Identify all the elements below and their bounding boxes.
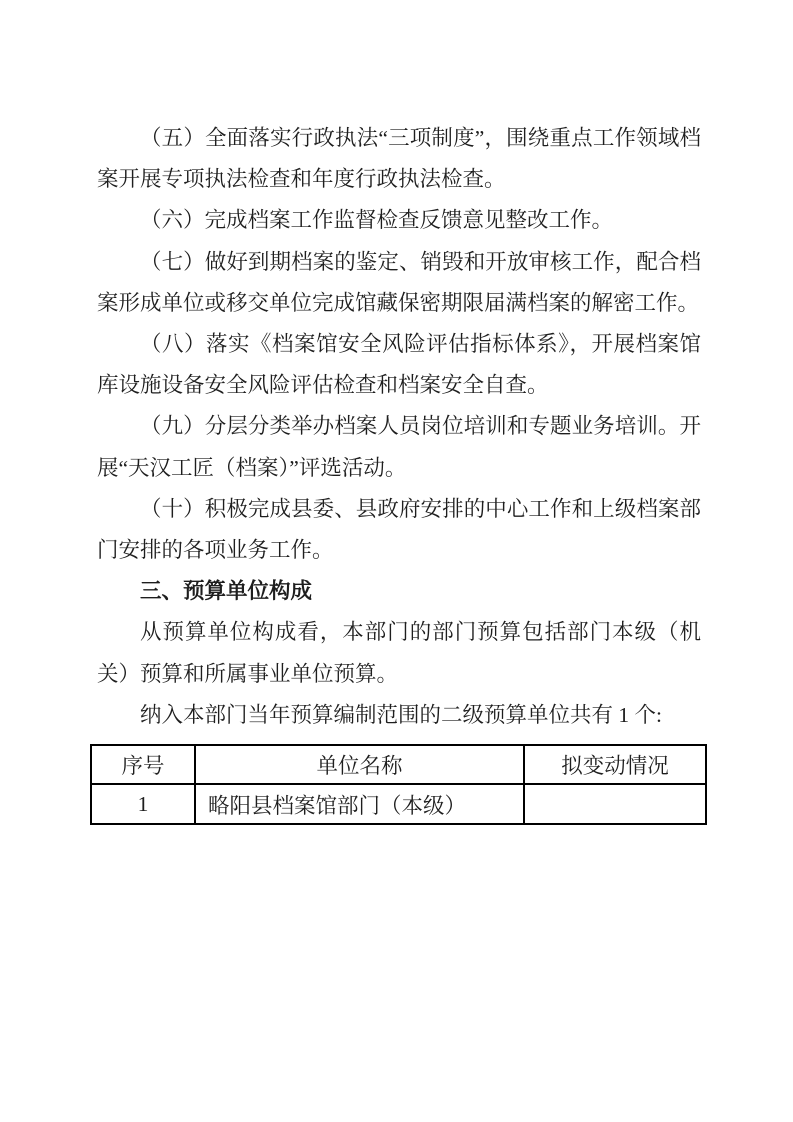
table-row: 1 略阳县档案馆部门（本级） [91,784,706,824]
document-page: （五）全面落实行政执法“三项制度”，围绕重点工作领域档案开展专项执法检查和年度行… [0,0,793,1122]
section-heading: 三、预算单位构成 [97,571,701,612]
document-content: （五）全面落实行政执法“三项制度”，围绕重点工作领域档案开展专项执法检查和年度行… [97,118,701,825]
table-cell-unit-name: 略阳县档案馆部门（本级） [195,784,524,824]
table-header-index: 序号 [91,745,195,784]
paragraph-budget-composition: 从预算单位构成看，本部门的部门预算包括部门本级（机关）预算和所属事业单位预算。 [97,612,701,694]
paragraph-item-9: （九）分层分类举办档案人员岗位培训和专题业务培训。开展“天汉工匠（档案）”评选活… [97,406,701,488]
paragraph-item-8: （八）落实《档案馆安全风险评估指标体系》，开展档案馆库设施设备安全风险评估检查和… [97,324,701,406]
table-cell-change-status [524,784,706,824]
table-header-change-status: 拟变动情况 [524,745,706,784]
paragraph-item-7: （七）做好到期档案的鉴定、销毁和开放审核工作，配合档案形成单位或移交单位完成馆藏… [97,242,701,324]
table-cell-index: 1 [91,784,195,824]
table-header-unit-name: 单位名称 [195,745,524,784]
paragraph-item-10: （十）积极完成县委、县政府安排的中心工作和上级档案部门安排的各项业务工作。 [97,489,701,571]
budget-units-table: 序号 单位名称 拟变动情况 1 略阳县档案馆部门（本级） [90,744,707,825]
paragraph-item-6: （六）完成档案工作监督检查反馈意见整改工作。 [97,200,701,241]
paragraph-secondary-units: 纳入本部门当年预算编制范围的二级预算单位共有 1 个: [97,695,701,736]
table-header-row: 序号 单位名称 拟变动情况 [91,745,706,784]
paragraph-item-5: （五）全面落实行政执法“三项制度”，围绕重点工作领域档案开展专项执法检查和年度行… [97,118,701,200]
